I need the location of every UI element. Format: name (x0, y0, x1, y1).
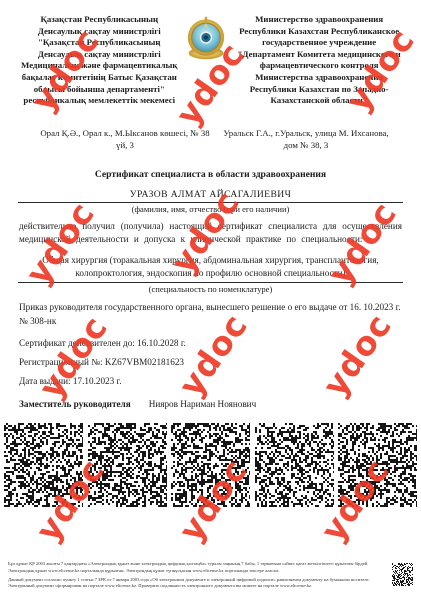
legal-fineprint: Бұл құжат ҚР 2003 жылғы 7 қаңтардағы «Эл… (8, 561, 376, 592)
name-underline (18, 202, 403, 203)
qr-code-1 (4, 423, 83, 507)
qr-code-5 (338, 423, 417, 507)
certificate-document: Қазақстан Республикасының Денсаулық сақт… (0, 0, 421, 600)
issuing-org-russian: Министерство здравоохранения Республики … (233, 14, 405, 107)
kazakhstan-emblem-icon (180, 15, 232, 72)
specialty-caption: (специальность по номенклатуре) (0, 284, 421, 294)
verification-qr-code (392, 563, 413, 586)
address-kazakh: Орал Қ.Ә., Орал к., М.Ыксанов көшесі, № … (40, 128, 210, 152)
signature-row: Заместитель руководителя Нияров Нариман … (19, 399, 402, 409)
issuing-org-kazakh: Қазақстан Республикасының Денсаулық сақт… (20, 14, 179, 107)
specialty-text: Общая хирургия (торакальная хирургия, аб… (30, 254, 391, 280)
signer-position: Заместитель руководителя (19, 399, 131, 409)
order-line: Приказ руководителя государственного орг… (19, 301, 402, 329)
address-russian: Уральск Г.А., г.Уральск, улица М. Ихсано… (221, 128, 391, 152)
name-caption: (фамилия, имя, отчество (при его наличии… (0, 204, 421, 214)
qr-code-band (4, 423, 417, 507)
valid-until: Сертификат действителен до: 16.10.2028 г… (19, 338, 402, 348)
specialty-underline (18, 282, 403, 283)
signer-name: Нияров Нариман Ноянович (149, 399, 257, 409)
certificate-title: Сертификат специалиста в области здравоо… (0, 169, 421, 180)
disclaimer-kazakh: Бұл құжат ҚР 2003 жылғы 7 қаңтардағы «Эл… (8, 561, 376, 574)
qr-code-2 (88, 423, 167, 507)
emblem-wrap (179, 14, 234, 72)
qr-code-3 (171, 423, 250, 507)
qr-code-4 (255, 423, 334, 507)
document-header: Қазақстан Республикасының Денсаулық сақт… (0, 0, 421, 107)
issue-date: Дата выдачи: 17.10.2023 г. (19, 376, 402, 386)
holder-name: УРАЗОВ АЛМАТ АЙСАГАЛИЕВИЧ (0, 189, 421, 200)
certificate-statement: действительно получил (получила) настоящ… (19, 220, 402, 248)
address-row: Орал Қ.Ә., Орал к., М.Ыксанов көшесі, № … (0, 128, 421, 152)
disclaimer-russian: Данный документ согласно пункту 1 статьи… (8, 577, 376, 590)
registration-number: Регистрационный №: KZ67VBM02181623 (19, 357, 402, 367)
document-footer: Бұл құжат ҚР 2003 жылғы 7 қаңтардағы «Эл… (8, 561, 413, 592)
